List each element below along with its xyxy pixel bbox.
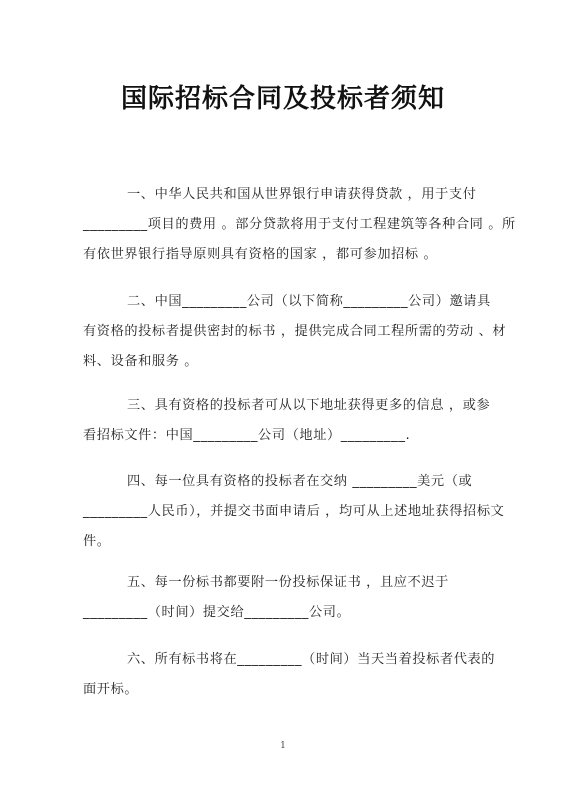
clause-1-line-1: 一、中华人民共和国从世界银行申请获得贷款 ，用于支付 <box>83 180 488 210</box>
clause-3: 三、具有资格的投标者可从以下地址获得更多的信息 ，或参 看招标文件：中国____… <box>83 391 488 451</box>
clause-4: 四、每一位具有资格的投标者在交纳 _________美元（或 _________… <box>83 467 488 557</box>
clause-1-line-3: 有依世界银行指导原则具有资格的国家 ，都可参加招标 。 <box>83 240 488 270</box>
clause-4-line-1: 四、每一位具有资格的投标者在交纳 _________美元（或 <box>83 467 488 497</box>
clause-5-line-2: _________（时间）提交给_________公司。 <box>83 598 488 628</box>
clause-5-line-1: 五、每一份标书都要附一份投标保证书 ，且应不迟于 <box>83 568 488 598</box>
clause-2-line-2: 有资格的投标者提供密封的标书 ，提供完成合同工程所需的劳动 、材 <box>83 317 488 347</box>
clause-2-line-3: 料、设备和服务 。 <box>83 347 488 377</box>
clause-2-line-1: 二、中国_________公司（以下简称_________公司）邀请具 <box>83 287 488 317</box>
clause-4-line-3: 件。 <box>83 527 488 557</box>
document-title: 国际招标合同及投标者须知 <box>0 78 566 115</box>
clause-4-line-2: _________人民币），并提交书面申请后 ，均可从上述地址获得招标文 <box>83 497 488 527</box>
clause-6-line-1: 六、所有标书将在_________（时间）当天当着投标者代表的 <box>83 645 488 675</box>
clause-3-line-1: 三、具有资格的投标者可从以下地址获得更多的信息 ，或参 <box>83 391 488 421</box>
clause-6: 六、所有标书将在_________（时间）当天当着投标者代表的 面开标。 <box>83 645 488 705</box>
clause-6-line-2: 面开标。 <box>83 675 488 705</box>
clause-3-line-2: 看招标文件：中国_________公司（地址）_________. <box>83 421 488 451</box>
clause-5: 五、每一份标书都要附一份投标保证书 ，且应不迟于 _________（时间）提交… <box>83 568 488 628</box>
clause-1-line-2: _________项目的费用 。部分贷款将用于支付工程建筑等各种合同 。所 <box>83 210 488 240</box>
clause-2: 二、中国_________公司（以下简称_________公司）邀请具 有资格的… <box>83 287 488 377</box>
clause-1: 一、中华人民共和国从世界银行申请获得贷款 ，用于支付 _________项目的费… <box>83 180 488 270</box>
page-number: 1 <box>0 741 566 751</box>
